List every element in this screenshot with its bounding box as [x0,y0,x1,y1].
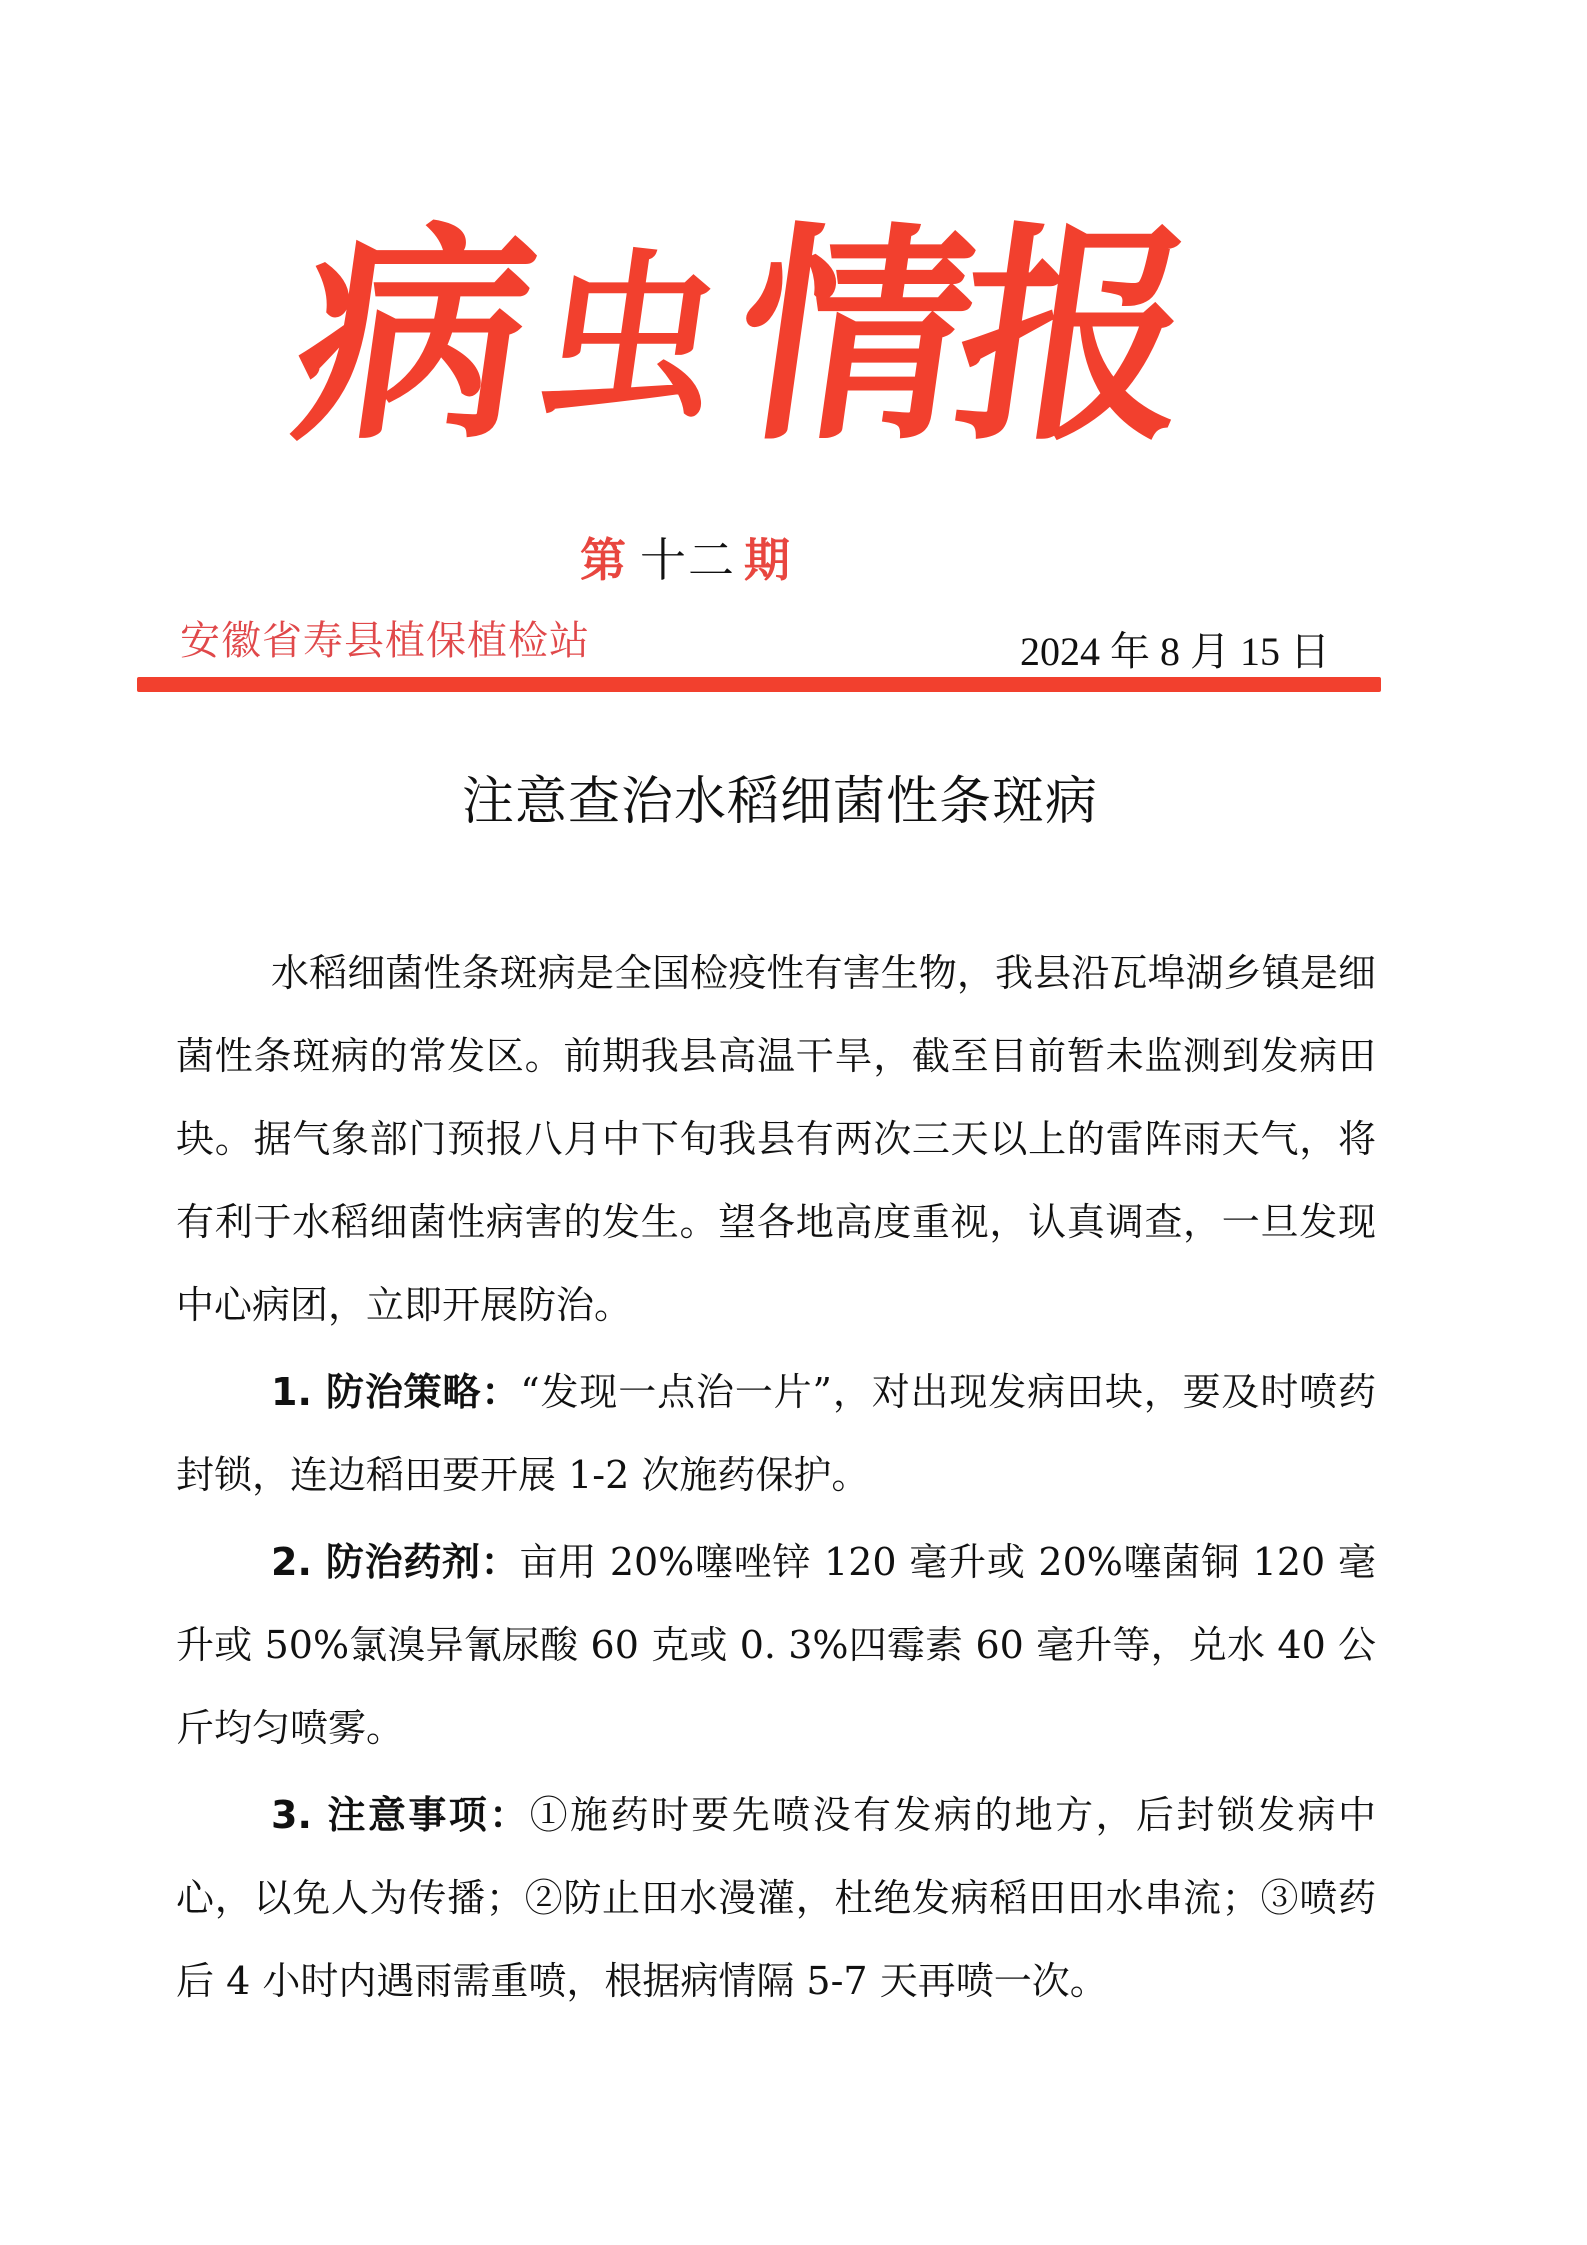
section-label-2: 2. 防治药剂： [271,1540,520,1584]
intro-paragraph: 水稻细菌性条斑病是全国检疫性有害生物，我县沿瓦埠湖乡镇是细菌性条斑病的常发区。前… [176,932,1376,1347]
organization-name: 安徽省寿县植保植检站 [180,617,590,665]
publish-date: 2024 年 8 月 15 日 [1020,628,1330,676]
section-paragraph-2: 2. 防治药剂：亩用 20%噻唑锌 120 毫升或 20%噻菌铜 120 毫升或… [176,1521,1376,1770]
masthead-char-bao: 报 [941,205,1193,470]
section-paragraph-1: 1. 防治策略：“发现一点治一片”，对出现发病田块，要及时喷药封锁，连边稻田要开… [176,1351,1376,1517]
header-divider [137,677,1381,692]
section-label-1: 1. 防治策略： [271,1370,520,1414]
section-label-3: 3. 注意事项： [271,1793,530,1837]
issue-suffix: 期 [744,533,790,587]
issue-number: 第十二期 [580,530,790,590]
issue-number-value: 十二 [640,533,736,587]
masthead-char-qing: 情 [721,205,958,470]
issue-prefix: 第 [580,533,626,587]
article-title: 注意查治水稻细菌性条斑病 [0,770,1560,834]
masthead-char-chong: 虫 [521,205,698,470]
section-paragraph-3: 3. 注意事项：①施药时要先喷没有发病的地方，后封锁发病中心，以免人为传播；②防… [176,1774,1376,2023]
article-body: 水稻细菌性条斑病是全国检疫性有害生物，我县沿瓦埠湖乡镇是细菌性条斑病的常发区。前… [176,932,1376,2027]
masthead-char-bing: 病 [281,205,518,470]
